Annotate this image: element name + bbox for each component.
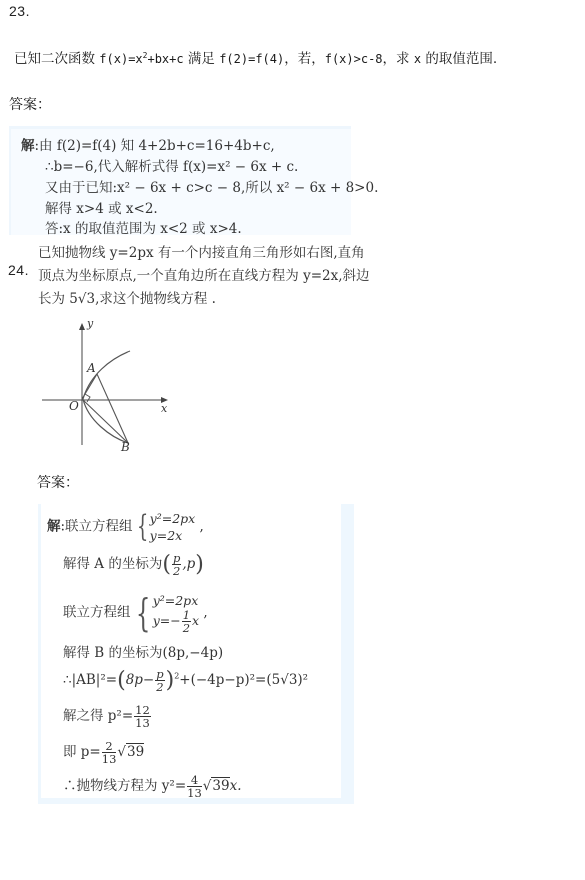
q23-suffix: 的取值范围.: [425, 51, 497, 67]
q24-solution-line-4: 解得 B 的坐标为(8p,−4p): [63, 641, 223, 661]
q23-sep2: ，求: [383, 51, 410, 67]
q24-solution-line-3: 联立方程组{y²=2pxy=−12x ,: [63, 592, 208, 634]
q24-solution-line-5: ∴|AB|²=(8p−p2)2+(−4p−p)²=(5√3)²: [63, 668, 308, 693]
question-23-number: 23.: [9, 3, 30, 19]
q23-solution-line-1: 解:由 f(2)=f(4) 知 4+2b+c=16+4b+c,: [21, 134, 275, 154]
q23-answer-label: 答案：: [9, 94, 51, 114]
q24-solution-line-1: 解:联立方程组{y²=2pxy=2x ,: [47, 510, 204, 544]
q23-var: x: [414, 52, 421, 66]
q24-solution-panel: 解:联立方程组{y²=2pxy=2x , 解得 A 的坐标为(p2,p) 联立方…: [38, 504, 354, 804]
q23-prefix: 已知二次函数: [14, 51, 95, 67]
q24-text-line-3: 长为 5√3,求这个抛物线方程 .: [38, 288, 398, 311]
q23-inequality: f(x)>c-8: [325, 52, 383, 66]
q24-solution-line-8: ∴抛物线方程为 y²=413√39x.: [63, 774, 242, 799]
q23-solution-line-3: 又由于已知:x² − 6x + c>c − 8,所以 x² − 6x + 8>0…: [45, 176, 378, 196]
q24-text-line-2: 顶点为坐标原点,一个直角边所在直线方程为 y=2x,斜边: [38, 265, 398, 288]
q23-solution-panel: 解:由 f(2)=f(4) 知 4+2b+c=16+4b+c, ∴b=−6,代入…: [9, 126, 351, 235]
q23-function: f(x)=x2+bx+c: [99, 52, 183, 66]
question-23-text: 已知二次函数 f(x)=x2+bx+c 满足 f(2)=f(4)，若，f(x)>…: [14, 47, 497, 67]
q23-condition: f(2)=f(4): [219, 52, 284, 66]
point-a-label: A: [87, 361, 96, 375]
q23-mid: 满足: [188, 51, 215, 67]
q24-solution-line-7: 即 p=213√39: [63, 740, 144, 765]
question-24-number: 24.: [8, 262, 29, 278]
q23-solution-line-4: 解得 x>4 或 x<2.: [45, 197, 158, 217]
parabola-figure: y x O A B: [40, 315, 190, 455]
q24-answer-label: 答案：: [37, 472, 79, 492]
q24-solution-line-6: 解之得 p²=1213: [63, 704, 152, 729]
point-b-label: B: [121, 440, 130, 454]
question-24-text: 已知抛物线 y=2px 有一个内接直角三角形如右图,直角 顶点为坐标原点,一个直…: [38, 242, 398, 311]
q23-solution-line-2: ∴b=−6,代入解析式得 f(x)=x² − 6x + c.: [45, 155, 298, 175]
q23-sep1: ，若，: [284, 51, 325, 67]
axis-x-label: x: [161, 402, 167, 415]
q23-solution-line-5: 答:x 的取值范围为 x<2 或 x>4.: [45, 217, 242, 237]
axis-y-label: y: [87, 317, 93, 330]
parabola-diagram-icon: [40, 315, 190, 455]
q24-text-line-1: 已知抛物线 y=2px 有一个内接直角三角形如右图,直角: [38, 242, 398, 265]
origin-label: O: [69, 399, 79, 413]
q24-solution-line-2: 解得 A 的坐标为(p2,p): [63, 552, 204, 577]
